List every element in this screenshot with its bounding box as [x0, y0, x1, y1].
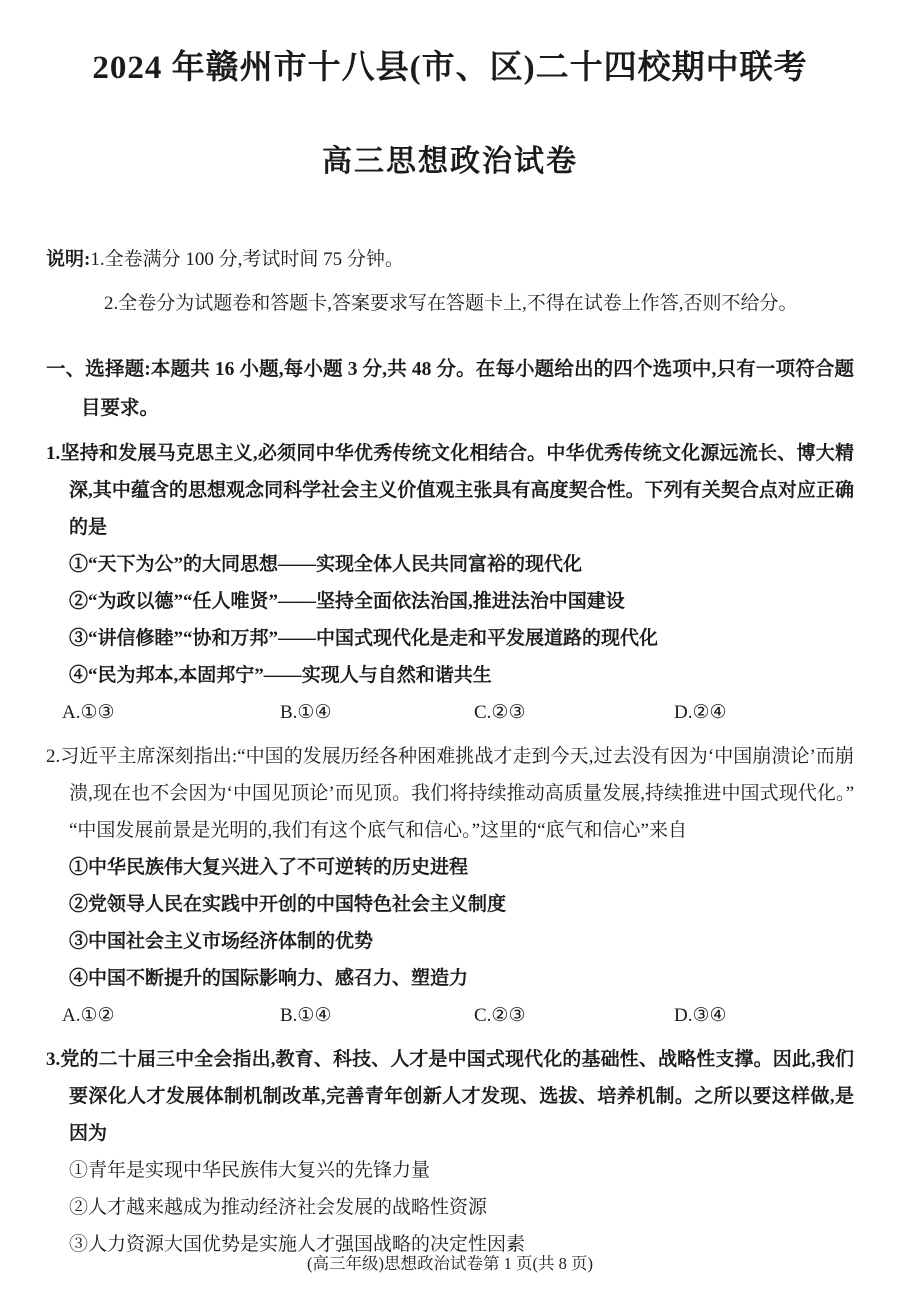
exam-subtitle: 高三思想政治试卷: [46, 142, 854, 182]
question-1-statement-3: ③“讲信修睦”“协和万邦”——中国式现代化是走和平发展道路的现代化: [46, 620, 854, 657]
question-1-stem: 1.坚持和发展马克思主义,必须同中华优秀传统文化相结合。中华优秀传统文化源远流长…: [46, 435, 854, 546]
question-1-choice-d: D.②④: [674, 694, 727, 731]
question-1: 1.坚持和发展马克思主义,必须同中华优秀传统文化相结合。中华优秀传统文化源远流长…: [46, 435, 854, 731]
question-3-statement-2: ②人才越来越成为推动经济社会发展的战略性资源: [46, 1189, 854, 1226]
question-2-statement-3: ③中国社会主义市场经济体制的优势: [46, 923, 854, 960]
instruction-line-1: 说明:1.全卷满分 100 分,考试时间 75 分钟。: [46, 238, 854, 282]
question-2-statement-2: ②党领导人民在实践中开创的中国特色社会主义制度: [46, 886, 854, 923]
question-2-text: 习近平主席深刻指出:“中国的发展历经各种困难挑战才走到今天,过去没有因为‘中国崩…: [60, 746, 854, 841]
question-2-choices: A.①② B.①④ C.②③ D.③④: [46, 997, 854, 1034]
exam-title: 2024 年赣州市十八县(市、区)二十四校期中联考: [46, 0, 854, 90]
question-1-choice-c: C.②③: [474, 694, 674, 731]
question-2-stem: 2.习近平主席深刻指出:“中国的发展历经各种困难挑战才走到今天,过去没有因为‘中…: [46, 738, 854, 849]
question-1-text: 坚持和发展马克思主义,必须同中华优秀传统文化相结合。中华优秀传统文化源远流长、博…: [60, 443, 854, 538]
question-1-choices: A.①③ B.①④ C.②③ D.②④: [46, 694, 854, 731]
question-1-statement-4: ④“民为邦本,本固邦宁”——实现人与自然和谐共生: [46, 657, 854, 694]
question-1-statement-2: ②“为政以德”“任人唯贤”——坚持全面依法治国,推进法治中国建设: [46, 583, 854, 620]
question-2-choice-d: D.③④: [674, 997, 727, 1034]
question-2-choice-b: B.①④: [280, 997, 474, 1034]
question-3: 3.党的二十届三中全会指出,教育、科技、人才是中国式现代化的基础性、战略性支撑。…: [46, 1041, 854, 1263]
question-3-statement-1: ①青年是实现中华民族伟大复兴的先锋力量: [46, 1152, 854, 1189]
question-2-statement-4: ④中国不断提升的国际影响力、感召力、塑造力: [46, 960, 854, 997]
question-1-choice-b: B.①④: [280, 694, 474, 731]
exam-instructions: 说明:1.全卷满分 100 分,考试时间 75 分钟。 2.全卷分为试题卷和答题…: [46, 238, 854, 326]
question-3-number: 3.: [46, 1049, 60, 1070]
question-2-statement-1: ①中华民族伟大复兴进入了不可逆转的历史进程: [46, 849, 854, 886]
instruction-line-2: 2.全卷分为试题卷和答题卡,答案要求写在答题卡上,不得在试卷上作答,否则不给分。: [46, 282, 854, 326]
question-2-choice-c: C.②③: [474, 997, 674, 1034]
question-2: 2.习近平主席深刻指出:“中国的发展历经各种困难挑战才走到今天,过去没有因为‘中…: [46, 738, 854, 1034]
question-2-number: 2.: [46, 746, 60, 767]
instruction-1-text: 1.全卷满分 100 分,考试时间 75 分钟。: [90, 249, 404, 270]
question-3-stem: 3.党的二十届三中全会指出,教育、科技、人才是中国式现代化的基础性、战略性支撑。…: [46, 1041, 854, 1152]
question-1-statement-1: ①“天下为公”的大同思想——实现全体人民共同富裕的现代化: [46, 546, 854, 583]
question-3-text: 党的二十届三中全会指出,教育、科技、人才是中国式现代化的基础性、战略性支撑。因此…: [60, 1049, 854, 1144]
instructions-label: 说明:: [46, 249, 90, 270]
question-2-choice-a: A.①②: [62, 997, 280, 1034]
page-footer: (高三年级)思想政治试卷第 1 页(共 8 页): [0, 1250, 900, 1274]
exam-paper-page: 2024 年赣州市十八县(市、区)二十四校期中联考 高三思想政治试卷 说明:1.…: [0, 0, 900, 1294]
section-1-heading: 一、选择题:本题共 16 小题,每小题 3 分,共 48 分。在每小题给出的四个…: [46, 350, 854, 428]
question-1-choice-a: A.①③: [62, 694, 280, 731]
question-1-number: 1.: [46, 443, 60, 464]
